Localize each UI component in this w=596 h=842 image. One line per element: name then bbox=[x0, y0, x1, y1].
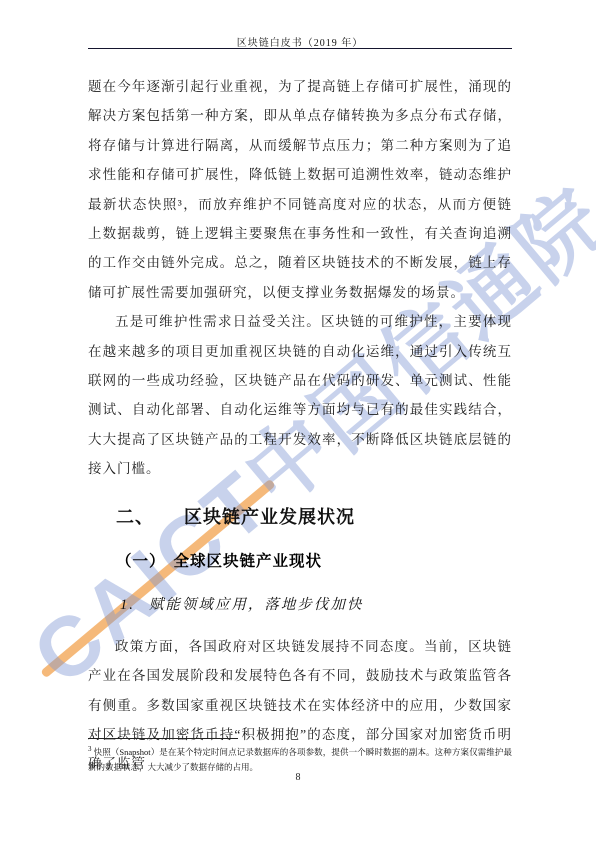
numbered-subheading: 1.赋能领域应用，落地步伐加快 bbox=[88, 590, 512, 620]
header-divider bbox=[88, 48, 512, 49]
subsection-heading-title: 全球区块链产业现状 bbox=[174, 553, 323, 570]
footnote-body: 快照（Snapshot）是在某个特定时间点记录数据库的各项参数，提供一个瞬时数据… bbox=[88, 747, 512, 772]
section-heading-number: 二、 bbox=[116, 507, 154, 527]
document-page: CAICT中国信通院 区块链白皮书（2019 年） 题在今年逐渐引起行业重视，为… bbox=[0, 0, 596, 842]
page-number: 8 bbox=[0, 772, 596, 783]
document-body: 题在今年逐渐引起行业重视，为了提高链上存储可扩展性，涌现的解决方案包括第一种方案… bbox=[88, 72, 512, 779]
footnote-marker: 3 bbox=[88, 745, 92, 753]
footnote-area: 3快照（Snapshot）是在某个特定时间点记录数据库的各项参数，提供一个瞬时数… bbox=[88, 738, 512, 775]
numbered-subheading-number: 1. bbox=[120, 597, 135, 613]
numbered-subheading-title: 赋能领域应用，落地步伐加快 bbox=[149, 597, 364, 613]
subsection-heading-number: （一） bbox=[116, 553, 166, 570]
section-heading-title: 区块链产业发展状况 bbox=[184, 507, 355, 527]
paragraph: 五是可维护性需求日益受关注。区块链的可维护性，主要体现在越来越多的项目更加重视区… bbox=[88, 307, 512, 483]
paragraph: 题在今年逐渐引起行业重视，为了提高链上存储可扩展性，涌现的解决方案包括第一种方案… bbox=[88, 72, 512, 307]
subsection-heading: （一）全球区块链产业现状 bbox=[88, 546, 512, 578]
footnote-text: 3快照（Snapshot）是在某个特定时间点记录数据库的各项参数，提供一个瞬时数… bbox=[88, 742, 512, 775]
footnote-divider bbox=[88, 738, 238, 739]
section-heading: 二、区块链产业发展状况 bbox=[88, 498, 512, 536]
